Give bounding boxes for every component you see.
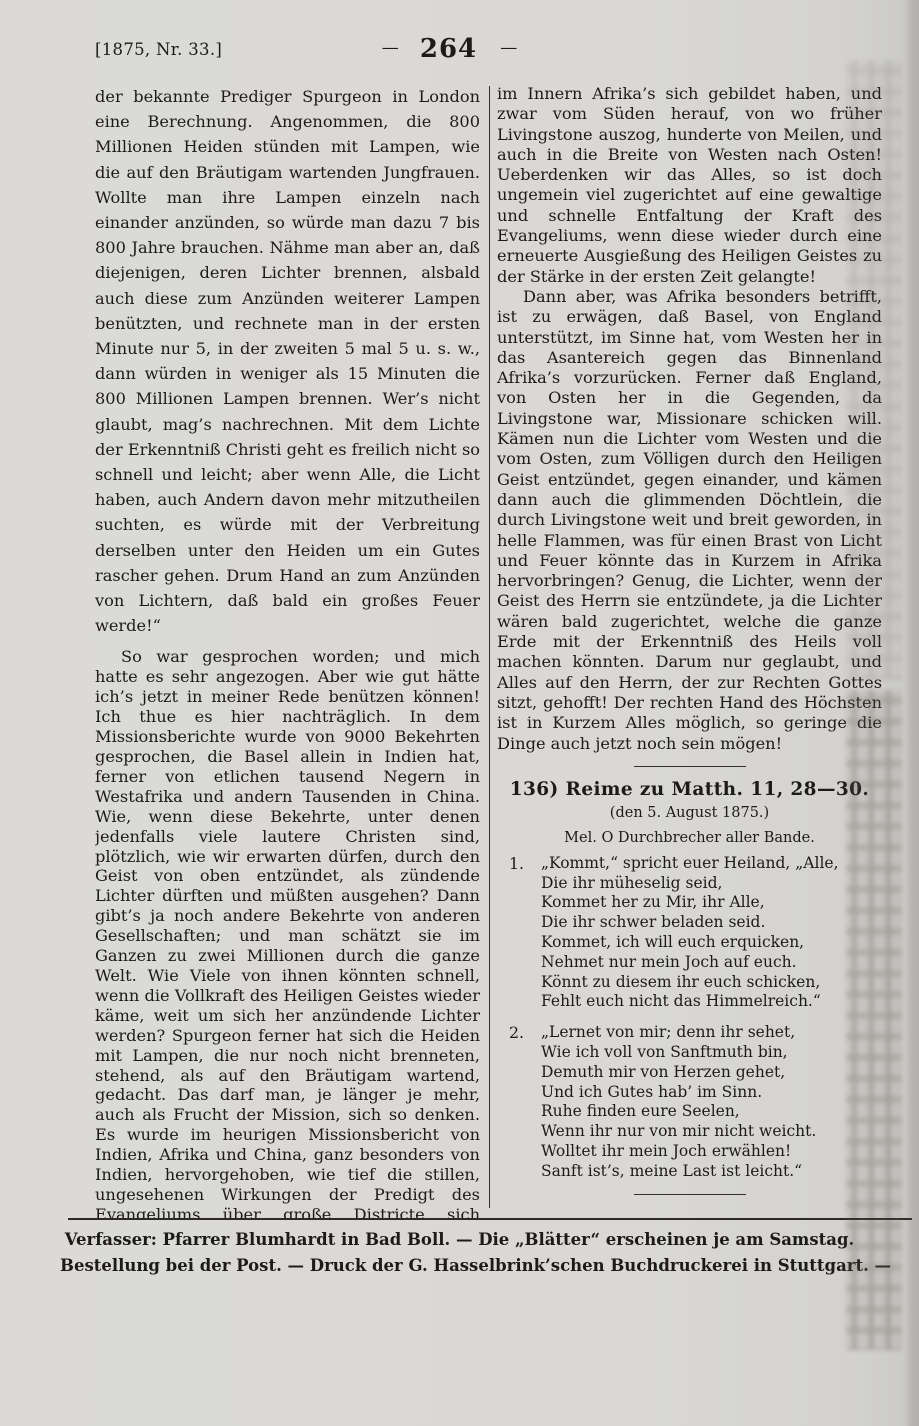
verse-line: Fehlt euch nicht das Himmelreich.“ (541, 992, 882, 1012)
footer-line-1: Verfasser: Pfarrer Blumhardt in Bad Boll… (60, 1230, 859, 1249)
verse-line: Die ihr müheselig seid, (541, 874, 882, 894)
verse-line: Wolltet ihr mein Joch erwählen! (541, 1142, 882, 1162)
verse-lines: „Kommt,“ spricht euer Heiland, „Alle, Di… (541, 854, 882, 1012)
verse-number: 1. (497, 854, 541, 1012)
footer-line-2: Bestellung bei der Post. — Druck der G. … (60, 1256, 859, 1275)
verse-line: Demuth mir von Herzen gehet, (541, 1063, 882, 1083)
right-column: im Innern Afrika’s sich gebildet haben, … (497, 84, 882, 1195)
scanned-document-page: [1875, Nr. 33.] — 264 — der bekannte Pre… (0, 0, 919, 1426)
verse-line: Könnt zu diesem ihr euch schicken, (541, 973, 882, 993)
verse-line: Ruhe finden eure Seelen, (541, 1102, 882, 1122)
poem-date-line: (den 5. August 1875.) (497, 805, 882, 821)
verse-line: Die ihr schwer beladen seid. (541, 913, 882, 933)
page-number-dash-left: — (382, 38, 397, 58)
right-column-paragraph-1: im Innern Afrika’s sich gebildet haben, … (497, 84, 882, 287)
poem-melody-line: Mel. O Durchbrecher aller Bande. (497, 830, 882, 846)
verse-line: „Kommt,“ spricht euer Heiland, „Alle, (541, 854, 882, 874)
column-divider-rule (489, 86, 490, 1208)
right-column-paragraph-2: Dann aber, was Afrika besonders betrifft… (497, 287, 882, 754)
verse-line: Sanft ist’s, meine Last ist leicht.“ (541, 1162, 882, 1182)
page-number: 264 (420, 34, 477, 64)
verse-line: Kommet her zu Mir, ihr Alle, (541, 893, 882, 913)
left-column: der bekannte Prediger Spurgeon in London… (95, 84, 480, 1218)
poem-end-rule (634, 1194, 746, 1195)
verse-line: Wie ich voll von Sanftmuth bin, (541, 1043, 882, 1063)
page-number-group: — 264 — (95, 34, 802, 64)
page-edge-shadow (904, 0, 919, 1426)
poem-heading: 136) Reime zu Matth. 11, 28—30. (497, 779, 882, 800)
left-column-paragraph-1: der bekannte Prediger Spurgeon in London… (95, 84, 480, 638)
page-header: [1875, Nr. 33.] — 264 — (95, 34, 882, 74)
verse-line: „Lernet von mir; denn ihr sehet, (541, 1023, 882, 1043)
poem-verse-2: 2. „Lernet von mir; denn ihr sehet, Wie … (497, 1023, 882, 1181)
verse-line: Wenn ihr nur von mir nicht weicht. (541, 1122, 882, 1142)
verse-number: 2. (497, 1023, 541, 1181)
page-number-dash-right: — (500, 38, 515, 58)
verse-lines: „Lernet von mir; denn ihr sehet, Wie ich… (541, 1023, 882, 1181)
footer-separator-rule (68, 1218, 912, 1220)
verse-line: Kommet, ich will euch erquicken, (541, 933, 882, 953)
text-columns: der bekannte Prediger Spurgeon in London… (95, 84, 882, 1218)
verse-line: Und ich Gutes hab’ im Sinn. (541, 1083, 882, 1103)
left-column-paragraph-2: So war gesprochen worden; und mich hatte… (95, 647, 480, 1218)
verse-line: Nehmet nur mein Joch auf euch. (541, 953, 882, 973)
poem-verse-1: 1. „Kommt,“ spricht euer Heiland, „Alle,… (497, 854, 882, 1012)
section-separator-rule (634, 766, 746, 767)
